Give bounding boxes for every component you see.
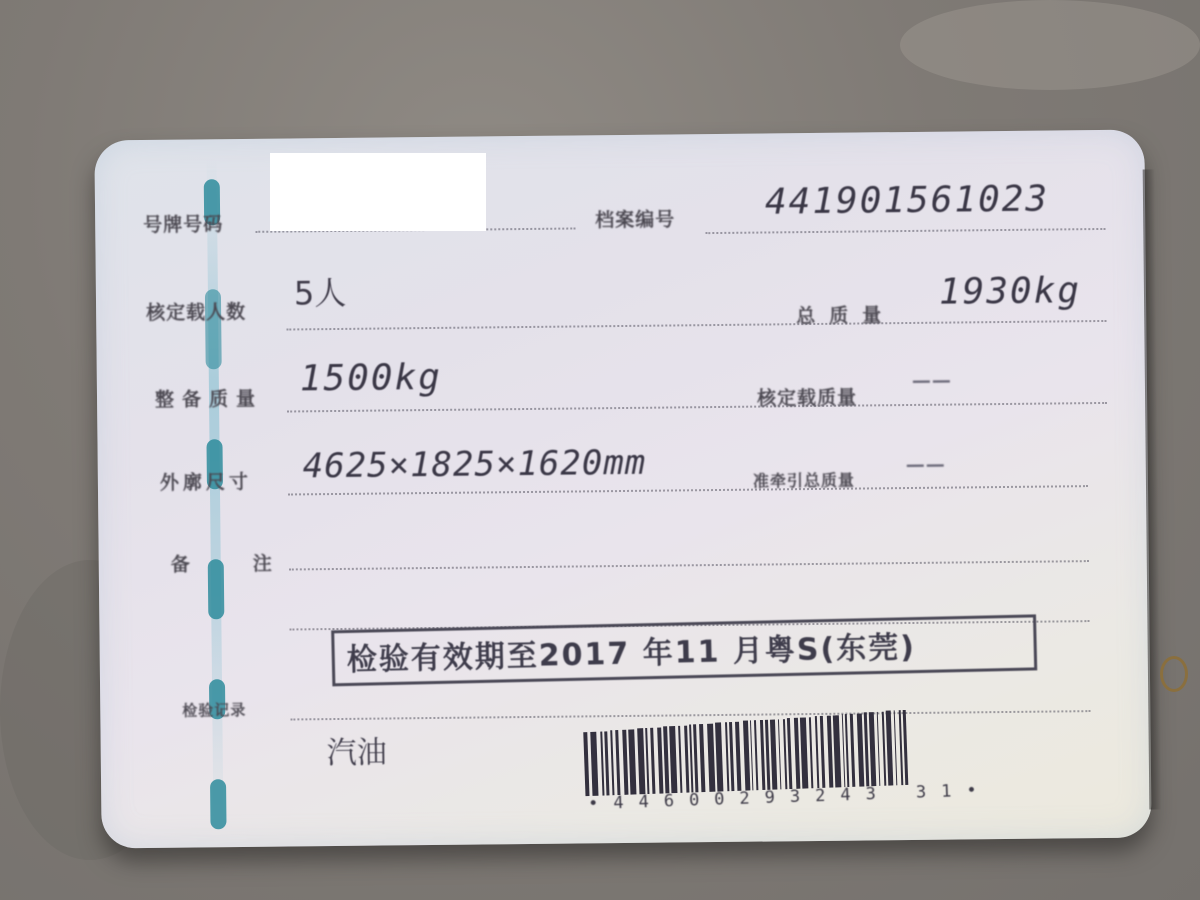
binding-rivet <box>210 779 227 829</box>
rule <box>288 485 1088 495</box>
barcode-bar <box>833 715 842 788</box>
barcode-bar <box>800 717 808 789</box>
background-stain <box>900 0 1200 90</box>
barcode-bar <box>770 719 777 790</box>
barcode-bar <box>735 722 741 791</box>
barcode-bar <box>850 713 856 786</box>
label-dimensions: 外廓尺寸 <box>160 467 252 495</box>
rule <box>705 228 1105 234</box>
barcode-bar <box>615 730 620 795</box>
barcode-bar <box>869 712 877 786</box>
barcode-bar <box>809 717 813 788</box>
value-rated-load: —— <box>912 370 952 392</box>
label-plate-number: 号牌号码 <box>143 209 223 237</box>
barcode-bar <box>877 712 881 786</box>
barcode-bar <box>750 721 753 791</box>
value-file-number: 441901561023 <box>765 179 1050 223</box>
rule <box>287 402 1107 413</box>
barcode-bar <box>715 723 723 792</box>
barcode-bar <box>628 730 636 795</box>
barcode-bar <box>678 726 682 793</box>
label-passengers: 核定载人数 <box>146 297 246 325</box>
barcode-bar <box>583 732 589 796</box>
value-fuel-type: 汽油 <box>326 727 386 772</box>
barcode-bar <box>820 715 826 787</box>
label-remarks: 备 注 <box>171 548 294 576</box>
barcode-bar <box>610 730 614 795</box>
barcode-bar <box>604 731 609 795</box>
value-curb-mass: 1500kg <box>300 357 442 399</box>
value-passengers: 5人 <box>294 268 347 315</box>
barcode-bar <box>845 714 850 787</box>
value-dimensions: 4625×1825×1620mm <box>303 443 647 487</box>
barcode-bar <box>707 724 715 792</box>
barcode-bar <box>894 710 898 785</box>
barcode-bar <box>657 728 663 794</box>
value-towing-mass: —— <box>906 454 946 476</box>
barcode-bar <box>637 728 645 794</box>
card-edge <box>1143 169 1162 809</box>
barcode-bar <box>886 710 894 785</box>
redaction-box <box>270 153 486 231</box>
barcode-bar <box>590 732 598 796</box>
barcode-bar <box>645 728 649 794</box>
rule <box>289 560 1089 570</box>
background-ring-mark <box>1160 656 1188 692</box>
barcode-bar <box>754 721 758 791</box>
barcode-bar <box>693 725 698 793</box>
barcode-bar <box>815 716 820 788</box>
label-file-number: 档案编号 <box>595 204 675 232</box>
value-gross-mass: 1930kg <box>939 270 1081 312</box>
barcode-bar <box>699 724 705 792</box>
rule <box>286 320 1106 331</box>
barcode-bar <box>778 719 781 789</box>
barcode-bar <box>650 728 655 794</box>
label-curb-mass: 整备质量 <box>155 384 263 412</box>
barcode-bar <box>729 722 734 791</box>
barcode-bar <box>622 730 628 795</box>
barcode-bar <box>787 718 792 789</box>
label-inspection-record: 检验记录 <box>182 699 246 721</box>
barcode-bar <box>743 721 750 791</box>
barcode-bar <box>903 710 909 785</box>
barcode-bar <box>669 726 677 793</box>
inspection-validity-stamp: 检验有效期至2017 年11 月粤S(东莞) <box>331 614 1037 686</box>
